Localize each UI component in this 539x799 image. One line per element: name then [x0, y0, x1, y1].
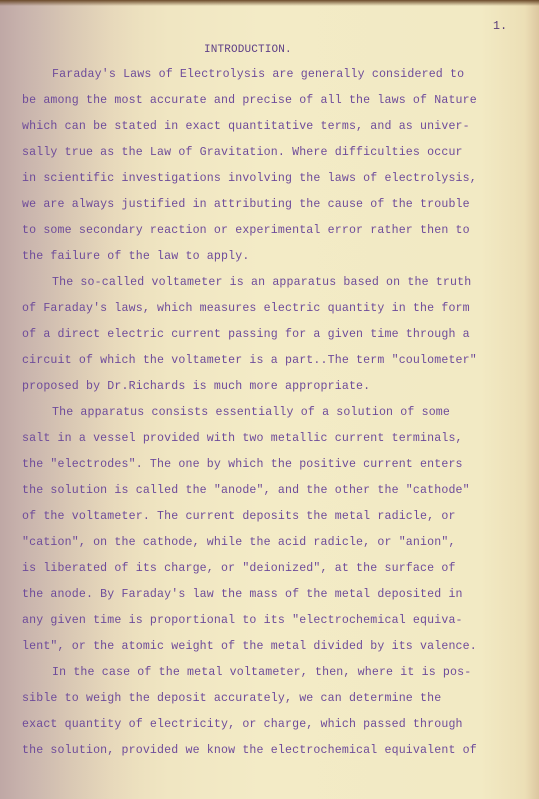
text-line: to some secondary reaction or experiment… — [22, 224, 470, 237]
text-line: The so-called voltameter is an apparatus… — [52, 276, 471, 289]
text-line: the "electrodes". The one by which the p… — [22, 458, 463, 471]
text-line: of Faraday's laws, which measures electr… — [22, 302, 470, 315]
text-line: The apparatus consists essentially of a … — [52, 406, 450, 419]
text-line: sible to weigh the deposit accurately, w… — [22, 692, 441, 705]
text-line: be among the most accurate and precise o… — [22, 94, 477, 107]
text-line: the solution, provided we know the elect… — [22, 744, 477, 757]
text-line: which can be stated in exact quantitativ… — [22, 120, 470, 133]
text-line: Faraday's Laws of Electrolysis are gener… — [52, 68, 464, 81]
text-line: salt in a vessel provided with two metal… — [22, 432, 463, 445]
section-heading: INTRODUCTION. — [204, 44, 292, 56]
text-line: exact quantity of electricity, or charge… — [22, 718, 463, 731]
text-line: we are always justified in attributing t… — [22, 198, 470, 211]
text-line: of the voltameter. The current deposits … — [22, 510, 456, 523]
text-line: of a direct electric current passing for… — [22, 328, 470, 341]
text-line: the solution is called the "anode", and … — [22, 484, 470, 497]
text-line: any given time is proportional to its "e… — [22, 614, 463, 627]
text-line: proposed by Dr.Richards is much more app… — [22, 380, 370, 393]
typewritten-page: 1. INTRODUCTION. Faraday's Laws of Elect… — [0, 0, 539, 799]
text-line: the failure of the law to apply. — [22, 250, 249, 263]
text-line: in scientific investigations involving t… — [22, 172, 477, 185]
text-line: the anode. By Faraday's law the mass of … — [22, 588, 463, 601]
text-line: circuit of which the voltameter is a par… — [22, 354, 477, 367]
page-number: 1. — [493, 20, 507, 33]
text-line: lent", or the atomic weight of the metal… — [22, 640, 477, 653]
text-line: "cation", on the cathode, while the acid… — [22, 536, 456, 549]
text-line: In the case of the metal voltameter, the… — [52, 666, 471, 679]
text-line: is liberated of its charge, or "deionize… — [22, 562, 456, 575]
text-line: sally true as the Law of Gravitation. Wh… — [22, 146, 463, 159]
